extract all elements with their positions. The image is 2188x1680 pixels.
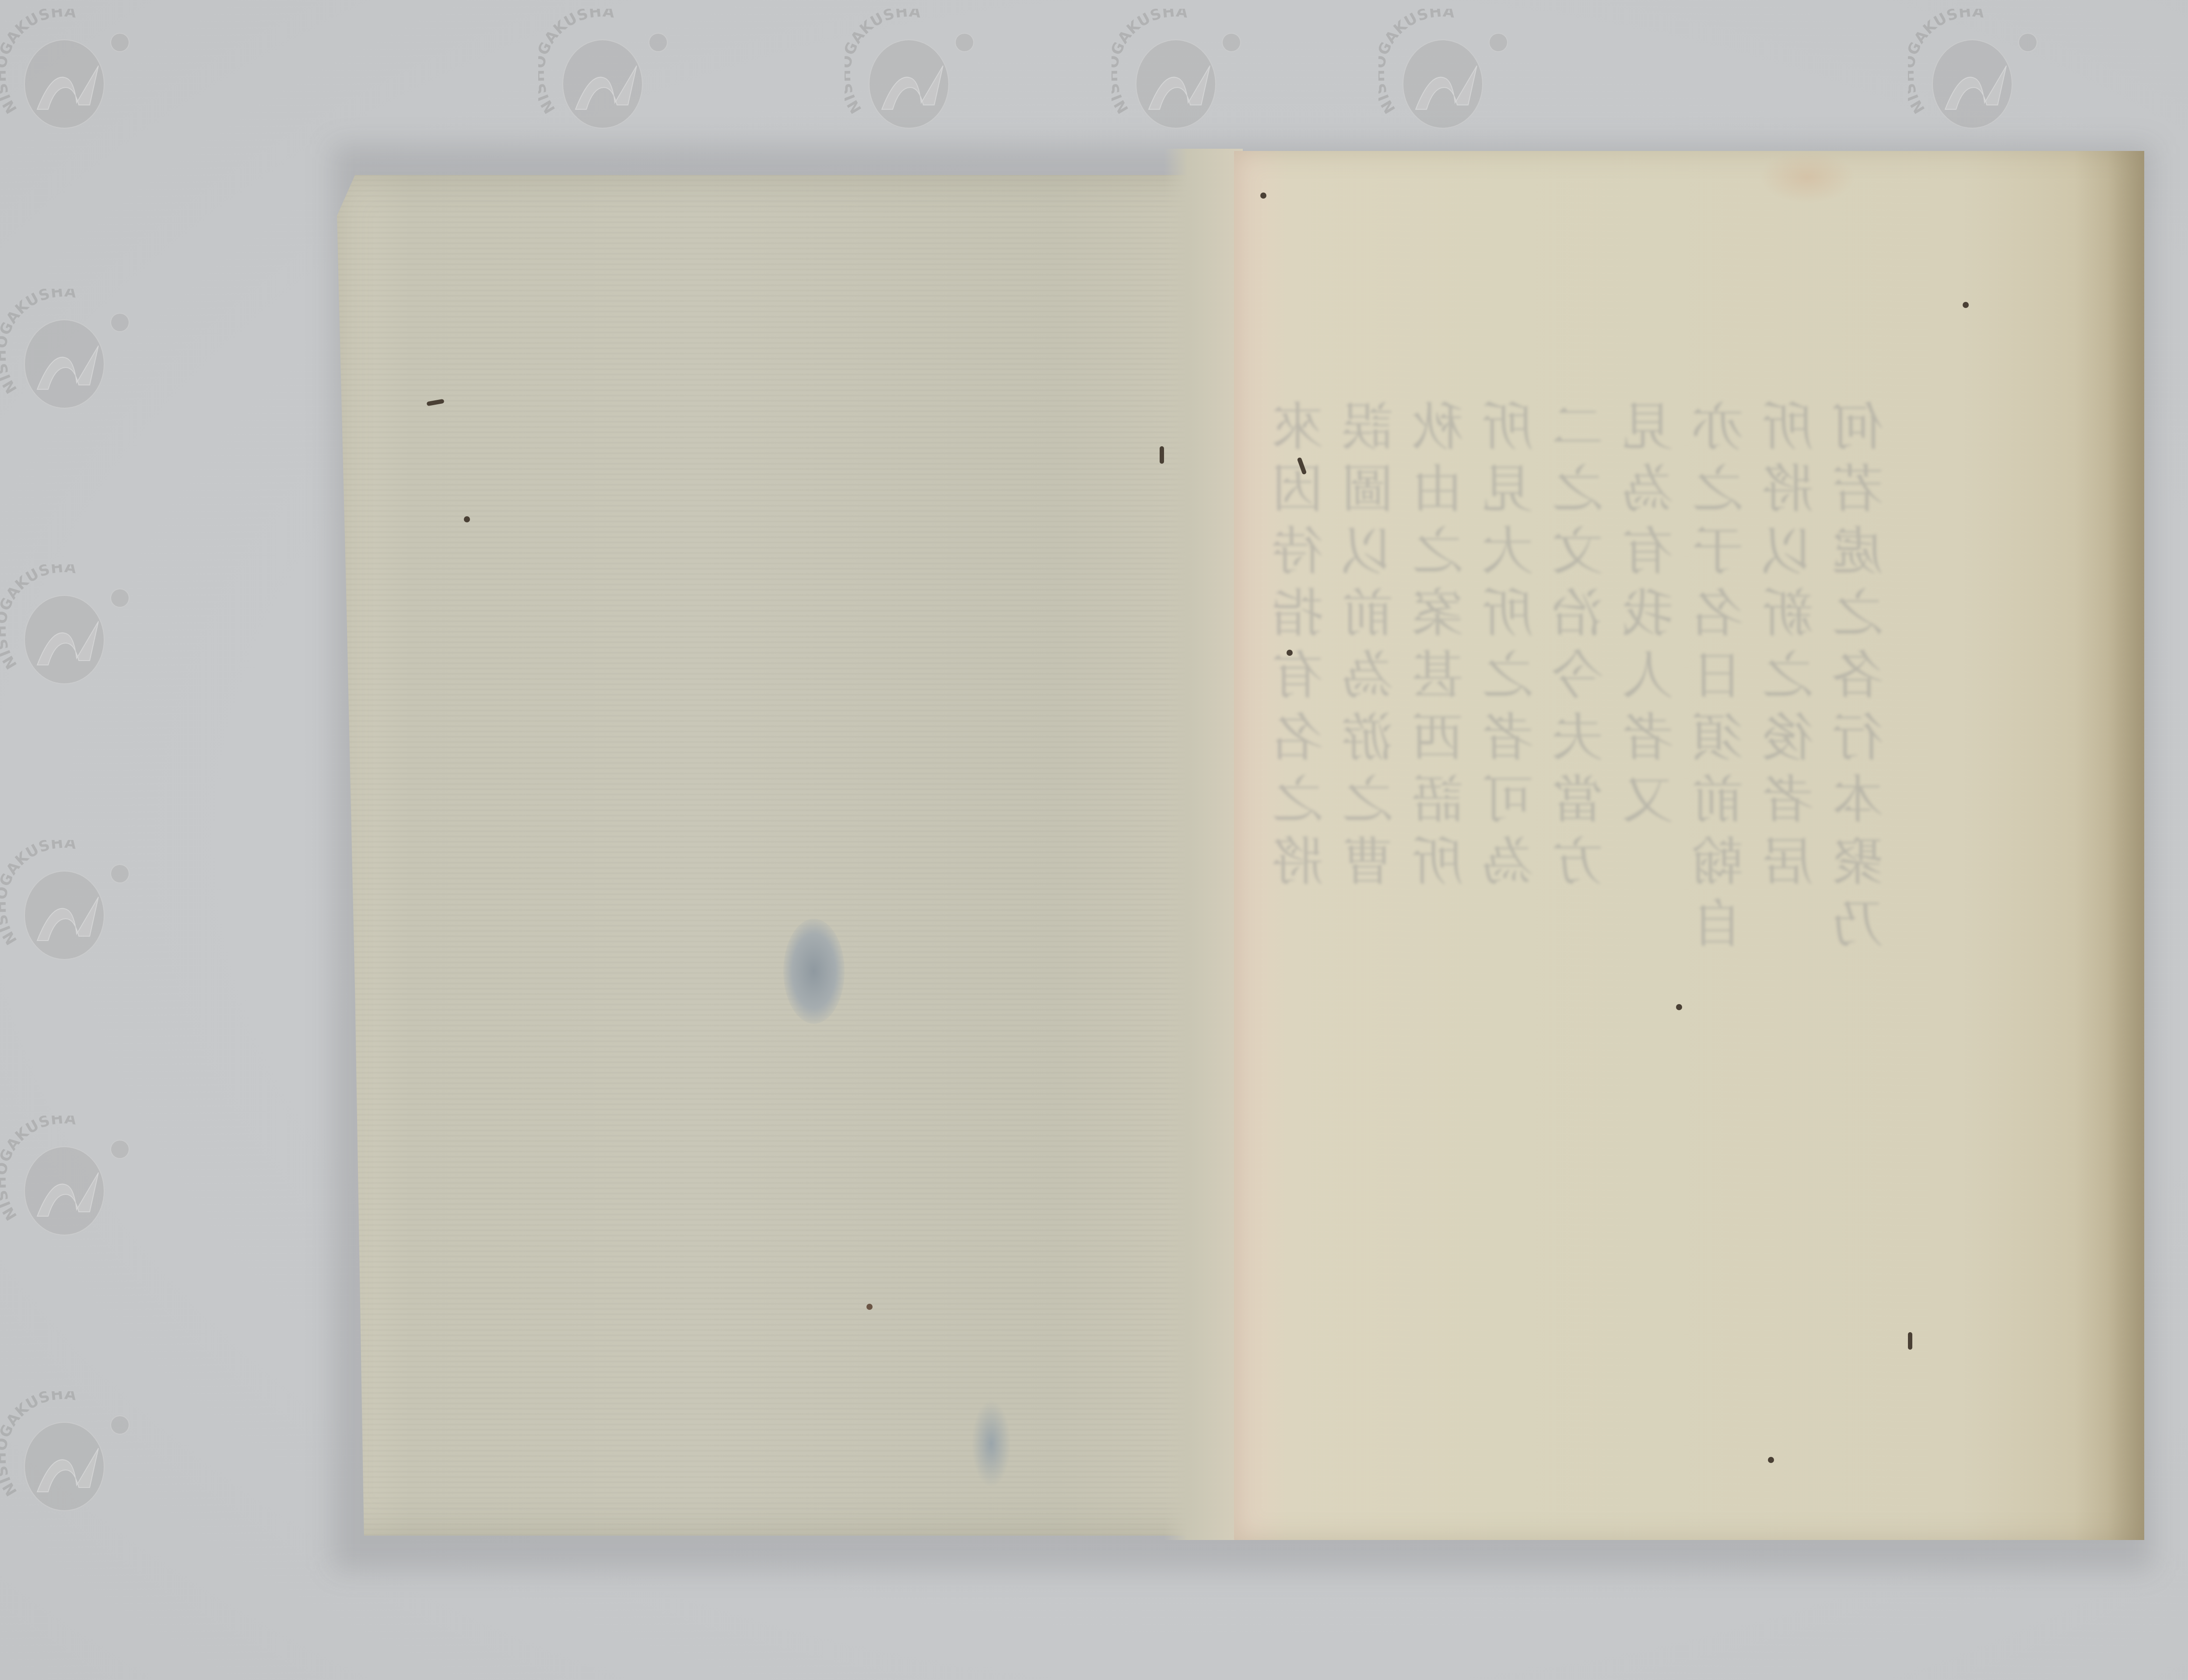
- bleed-character: 由: [1412, 458, 1463, 520]
- bleed-character: 之: [1832, 582, 1883, 644]
- speck: [1160, 446, 1164, 464]
- bleed-character: 者: [1622, 707, 1673, 769]
- text-column: 所將以新之後者居: [1759, 396, 1816, 893]
- text-column: 何若處之各行本聚乃: [1829, 396, 1886, 955]
- bleed-character: 今: [1552, 644, 1603, 707]
- bleed-character: 之: [1552, 458, 1603, 520]
- bleed-character: 所: [1482, 396, 1533, 458]
- bleed-character: 因: [1272, 458, 1323, 520]
- bleed-character: 之: [1272, 769, 1323, 831]
- bleed-character: 所: [1762, 396, 1813, 458]
- bleed-character: 有: [1272, 644, 1323, 707]
- right-page: 何若處之各行本聚乃所將以新之後者居亦之于名日須前翰自見為有我人者又二之文治今夫當…: [1234, 151, 2144, 1540]
- bleed-character: 當: [1552, 769, 1603, 831]
- bleed-character: 案: [1412, 582, 1463, 644]
- bleed-character: 將: [1272, 831, 1323, 893]
- speck: [866, 1304, 873, 1310]
- bleed-character: 之: [1412, 520, 1463, 582]
- bleed-character: 我: [1622, 582, 1673, 644]
- water-stain: [1759, 151, 1855, 203]
- bleed-character: 見: [1482, 458, 1533, 520]
- left-page: [337, 175, 1238, 1536]
- bleed-character: 前: [1342, 582, 1393, 644]
- bleed-character: 乃: [1832, 893, 1883, 955]
- bleed-character: 以: [1762, 520, 1813, 582]
- bleed-character: 新: [1762, 582, 1813, 644]
- ink-stain: [783, 919, 845, 1024]
- bleed-character: 後: [1762, 707, 1813, 769]
- speck: [1908, 1332, 1912, 1350]
- speck: [464, 516, 470, 522]
- bleed-character: 可: [1482, 769, 1533, 831]
- speck: [1260, 192, 1266, 199]
- bleed-character: 居: [1762, 831, 1813, 893]
- bleed-character: 為: [1342, 644, 1393, 707]
- book-spine: [1164, 149, 1243, 1540]
- bleed-character: 指: [1272, 582, 1323, 644]
- speck: [1768, 1457, 1774, 1463]
- bleed-character: 自: [1692, 893, 1743, 955]
- bleed-character: 所: [1482, 582, 1533, 644]
- text-column: 所見大所之者可為: [1479, 396, 1536, 893]
- speck: [1676, 1004, 1682, 1010]
- bleed-character: 翰: [1692, 831, 1743, 893]
- ink-stain: [971, 1400, 1011, 1487]
- bleed-character: 為: [1482, 831, 1533, 893]
- bleed-character: 各: [1832, 644, 1883, 707]
- edge-discoloration: [2074, 151, 2144, 1540]
- bleed-character: 待: [1272, 520, 1323, 582]
- bleed-character: 圖: [1342, 458, 1393, 520]
- bleed-character: 方: [1552, 831, 1603, 893]
- bleed-character: 以: [1342, 520, 1393, 582]
- bleed-character: 為: [1622, 458, 1673, 520]
- paper-texture: [337, 175, 1238, 1536]
- text-column: 二之文治今夫當方: [1549, 396, 1606, 893]
- bleed-character: 之: [1482, 644, 1533, 707]
- bleed-character: 亦: [1692, 396, 1743, 458]
- bleed-character: 者: [1482, 707, 1533, 769]
- bleed-character: 之: [1692, 458, 1743, 520]
- bleed-character: 又: [1622, 769, 1673, 831]
- bleed-character: 文: [1552, 520, 1603, 582]
- bleed-character: 大: [1482, 520, 1533, 582]
- bleed-character: 日: [1692, 644, 1743, 707]
- bleed-character: 甚: [1412, 644, 1463, 707]
- speck: [1287, 650, 1293, 656]
- bleed-character: 行: [1832, 707, 1883, 769]
- bleed-character: 游: [1342, 707, 1393, 769]
- bleed-character: 者: [1762, 769, 1813, 831]
- bleed-character: 之: [1762, 644, 1813, 707]
- text-column: 誤圖以前為游之曹: [1339, 396, 1396, 893]
- bleed-character: 語: [1412, 769, 1463, 831]
- bleed-character: 所: [1412, 831, 1463, 893]
- bleed-character: 夫: [1552, 707, 1603, 769]
- text-column: 亦之于名日須前翰自: [1689, 396, 1746, 955]
- bleed-character: 曹: [1342, 831, 1393, 893]
- bleed-character: 何: [1832, 396, 1883, 458]
- bleed-character: 來: [1272, 396, 1323, 458]
- text-column: 秋由之案甚西語所: [1409, 396, 1466, 893]
- bleed-character: 前: [1692, 769, 1743, 831]
- bleed-character: 將: [1762, 458, 1813, 520]
- bleed-character: 本: [1832, 769, 1883, 831]
- bleed-character: 須: [1692, 707, 1743, 769]
- bleed-character: 處: [1832, 520, 1883, 582]
- bleed-character: 之: [1342, 769, 1393, 831]
- bleed-character: 名: [1272, 707, 1323, 769]
- bleed-character: 誤: [1342, 396, 1393, 458]
- bleed-character: 治: [1552, 582, 1603, 644]
- speck: [1963, 302, 1969, 308]
- text-column: 來因待指有名之將: [1269, 396, 1326, 893]
- bleed-character: 若: [1832, 458, 1883, 520]
- bleed-character: 有: [1622, 520, 1673, 582]
- bleed-character: 人: [1622, 644, 1673, 707]
- bleed-character: 見: [1622, 396, 1673, 458]
- bleed-character: 秋: [1412, 396, 1463, 458]
- text-column: 見為有我人者又: [1619, 396, 1676, 831]
- bleed-character: 西: [1412, 707, 1463, 769]
- bleed-character: 名: [1692, 582, 1743, 644]
- bleed-character: 于: [1692, 520, 1743, 582]
- bleed-character: 聚: [1832, 831, 1883, 893]
- bleed-character: 二: [1552, 396, 1603, 458]
